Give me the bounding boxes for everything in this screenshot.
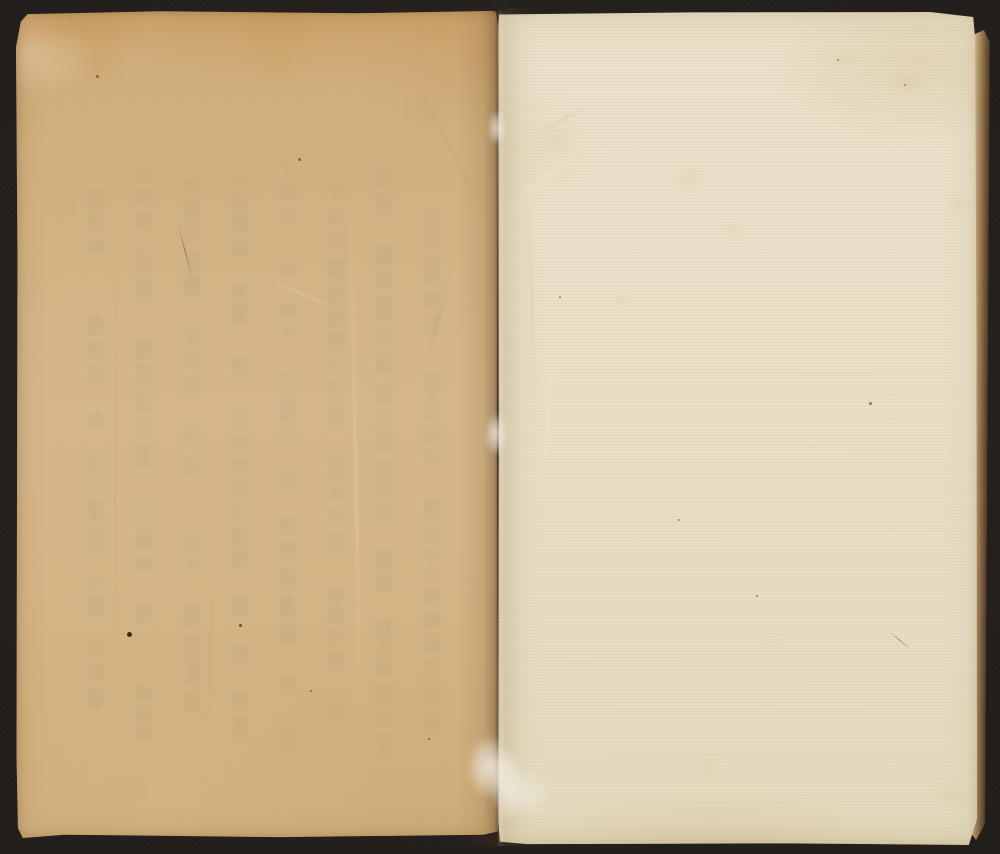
right-page <box>498 12 977 845</box>
ghost-glyph <box>88 239 103 254</box>
ghost-glyph <box>88 188 103 209</box>
ghost-glyph <box>88 414 103 430</box>
ghost-text-column <box>88 188 104 733</box>
ghost-glyph <box>184 454 199 477</box>
ghost-glyph <box>328 457 343 480</box>
ghost-glyph <box>376 550 391 569</box>
ghost-glyph <box>280 518 295 535</box>
ghost-text-column <box>232 170 248 760</box>
ghost-glyph <box>232 356 247 377</box>
ghost-glyph <box>136 391 151 412</box>
ghost-glyph <box>184 178 199 192</box>
ghost-glyph <box>328 509 343 526</box>
ghost-glyph <box>136 251 151 274</box>
ghost-glyph <box>280 183 295 200</box>
ghost-glyph <box>280 303 295 317</box>
ghost-glyph <box>232 240 247 257</box>
ghost-glyph <box>328 406 343 426</box>
ghost-glyph <box>328 182 343 200</box>
ghost-glyph <box>376 168 391 188</box>
ghost-glyph <box>184 557 199 572</box>
ghost-glyph <box>376 246 391 265</box>
ghost-glyph <box>88 213 103 231</box>
ghost-glyph <box>376 272 391 287</box>
left-page <box>16 10 498 838</box>
ghost-glyph <box>232 304 247 325</box>
ghost-glyph <box>184 424 199 446</box>
ghost-glyph <box>424 567 439 582</box>
book-scan <box>0 0 1000 854</box>
ghost-glyph <box>424 372 439 394</box>
ghost-glyph <box>424 315 439 334</box>
ghost-glyph <box>328 310 343 327</box>
ghost-glyph <box>88 478 103 496</box>
ghost-glyph <box>424 426 439 444</box>
ghost-glyph <box>88 664 103 681</box>
ghost-glyph <box>376 481 391 498</box>
ghost-glyph <box>376 658 391 677</box>
ghost-glyph <box>136 339 151 359</box>
ghost-glyph <box>136 529 151 550</box>
ghost-glyph <box>424 258 439 282</box>
ghost-glyph <box>232 692 247 710</box>
ghost-glyph <box>328 232 343 252</box>
ghost-glyph <box>232 502 247 520</box>
ghost-text-column <box>376 168 392 756</box>
ghost-glyph <box>184 353 199 368</box>
ghost-glyph <box>424 713 439 734</box>
ghost-glyph <box>232 410 247 428</box>
ghost-glyph <box>328 259 343 278</box>
ghost-glyph <box>232 550 247 566</box>
ghost-glyph <box>88 640 103 655</box>
ghost-glyph <box>424 613 439 628</box>
ghost-glyph <box>232 193 247 209</box>
ghost-glyph <box>280 160 295 176</box>
ghost-glyph <box>376 352 391 375</box>
ghost-glyph <box>328 607 343 624</box>
ghost-glyph <box>376 431 391 453</box>
ghost-glyph <box>280 541 295 558</box>
ghost-glyph <box>184 224 199 243</box>
ghost-glyph <box>136 504 151 524</box>
ghost-glyph <box>280 398 295 421</box>
ghost-glyph <box>184 634 199 657</box>
ghost-glyph <box>232 214 247 231</box>
ghost-glyph <box>424 634 439 652</box>
ghost-glyph <box>328 331 343 351</box>
ghost-glyph <box>232 170 247 185</box>
ghost-glyph <box>136 704 151 721</box>
ghost-text-column <box>424 180 440 740</box>
ghost-glyph <box>376 733 391 755</box>
ghost-glyph <box>328 652 343 667</box>
ghost-glyph <box>376 638 391 655</box>
ghost-glyph <box>328 587 343 602</box>
ghost-glyph <box>376 458 391 478</box>
ghost-glyph <box>328 485 343 500</box>
ghost-glyph <box>424 449 439 465</box>
ghost-glyph <box>424 498 439 519</box>
ghost-glyph <box>88 500 103 520</box>
ghost-text-column <box>328 182 344 737</box>
ghost-glyph <box>136 725 151 741</box>
ghost-glyph <box>184 662 199 684</box>
ghost-glyph <box>424 400 439 420</box>
ghost-glyph <box>376 383 391 404</box>
ghost-glyph <box>232 284 247 298</box>
ghost-glyph <box>376 410 391 428</box>
ghost-glyph <box>376 619 391 634</box>
ghost-glyph <box>88 317 103 335</box>
ghost-glyph <box>280 473 295 490</box>
ghost-glyph <box>136 280 151 302</box>
ghost-glyph <box>280 425 295 442</box>
ghost-glyph <box>232 480 247 496</box>
ghost-glyph <box>328 378 343 400</box>
ghost-glyph <box>136 417 151 437</box>
ghost-glyph <box>280 323 295 340</box>
ghost-glyph <box>136 363 151 384</box>
ghost-glyph <box>88 689 103 706</box>
ghost-glyph <box>280 263 295 277</box>
ghost-glyph <box>184 276 199 295</box>
ghost-glyph <box>280 372 295 394</box>
ghost-glyph <box>136 444 151 468</box>
ghost-glyph <box>376 572 391 591</box>
ghost-glyph <box>184 605 199 629</box>
ghost-glyph <box>376 502 391 518</box>
ghost-glyph <box>328 703 343 723</box>
ghost-glyph <box>136 162 151 184</box>
ghost-glyph <box>136 602 151 622</box>
ghost-glyph <box>184 375 199 393</box>
ghost-glyph <box>376 710 391 727</box>
ghost-glyph <box>424 231 439 252</box>
ghost-glyph <box>232 717 247 738</box>
ghost-glyph <box>280 567 295 590</box>
ghost-glyph <box>232 596 247 616</box>
ghost-text-column <box>280 160 296 765</box>
ghost-glyph <box>424 661 439 682</box>
ghost-glyph <box>376 296 391 319</box>
ghost-glyph <box>280 675 295 694</box>
ghost-glyph <box>88 574 103 588</box>
ghost-glyph <box>136 211 151 228</box>
ghost-text-column <box>136 162 152 762</box>
ghost-glyph <box>184 251 199 271</box>
ghost-glyph <box>232 435 247 450</box>
ghost-glyph <box>328 532 343 551</box>
ghost-glyph <box>136 686 151 700</box>
ghost-glyph <box>184 197 199 218</box>
ghost-glyph <box>184 690 199 712</box>
ghost-glyph <box>376 327 391 348</box>
ghost-glyph <box>136 557 151 571</box>
ghost-glyph <box>232 646 247 662</box>
ghost-glyph <box>232 526 247 546</box>
ghost-glyph <box>88 342 103 359</box>
ghost-glyph <box>232 458 247 475</box>
ghost-glyph <box>328 628 343 643</box>
ghost-glyph <box>88 597 103 615</box>
ghost-glyph <box>280 624 295 644</box>
ghost-glyph <box>376 684 391 704</box>
ghost-glyph <box>424 589 439 605</box>
ghost-text-column <box>184 178 200 753</box>
ghost-glyph <box>424 207 439 228</box>
ghost-glyph <box>280 598 295 618</box>
ghost-glyph <box>328 285 343 307</box>
ghost-glyph <box>328 355 343 370</box>
ghost-glyph <box>424 526 439 543</box>
ghost-glyph <box>184 535 199 550</box>
ghost-glyph <box>136 187 151 205</box>
ghost-glyph <box>88 528 103 551</box>
ghost-glyph <box>376 193 391 214</box>
ghost-glyph <box>424 548 439 563</box>
ghost-glyph <box>88 456 103 475</box>
ghost-glyph <box>424 291 439 309</box>
ghost-glyph <box>88 365 103 384</box>
ghost-glyph <box>424 688 439 707</box>
ghost-glyph <box>280 729 295 753</box>
ghost-glyph <box>328 207 343 225</box>
ghost-glyph <box>184 329 199 347</box>
ghost-glyph <box>280 208 295 227</box>
